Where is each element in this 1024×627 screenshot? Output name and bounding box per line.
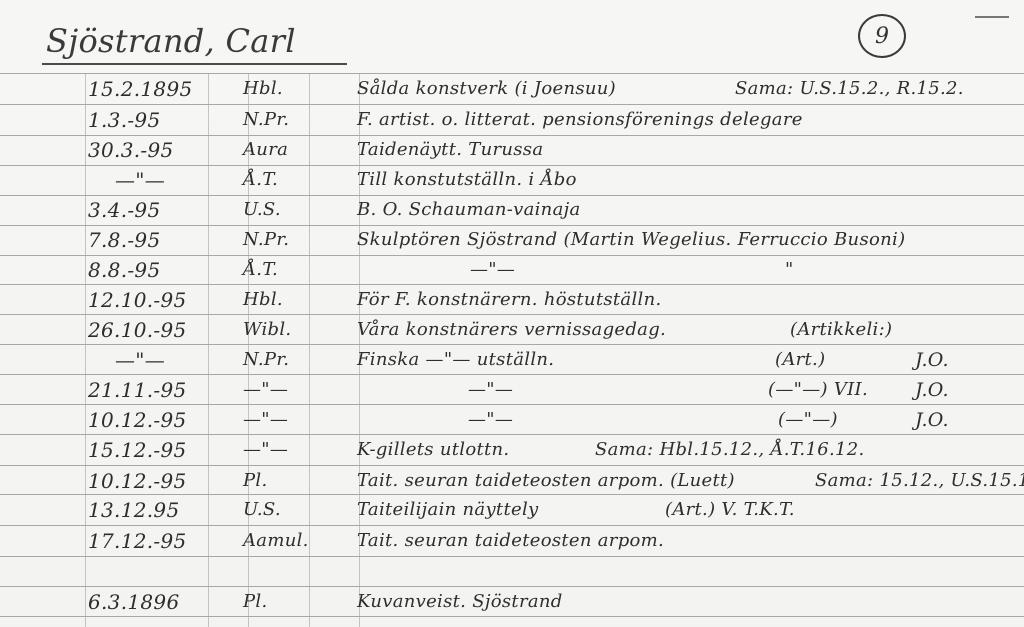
entry-extra: Sama: Hbl.15.12., Å.T.16.12. <box>595 439 865 460</box>
entry-source: U.S. <box>243 499 313 520</box>
entry-date: 12.10.-95 <box>88 288 208 312</box>
rule-line <box>0 586 1024 587</box>
entry-row: 10.12.-95 Pl. Tait. seuran taideteosten … <box>0 467 1024 497</box>
card-title: Sjöstrand, Carl <box>46 22 296 60</box>
entry-date: 30.3.-95 <box>88 138 208 162</box>
entry-description: Våra konstnärers vernissagedag. <box>357 319 666 340</box>
entry-extra: " <box>785 259 794 280</box>
archive-index-card: Sjöstrand, Carl 9 15.2.1895 Hbl. Sålda k… <box>0 0 1024 627</box>
entry-row: 8.8.-95 Å.T. —"— " <box>0 256 1024 286</box>
entry-description: K-gillets utlottn. <box>357 439 509 460</box>
rule-line <box>0 73 1024 74</box>
title-underline <box>42 63 347 65</box>
entry-date: 15.2.1895 <box>88 77 208 101</box>
entry-row: 15.12.-95 —"— K-gillets utlottn. Sama: H… <box>0 436 1024 466</box>
entry-extra: (Artikkeli:) <box>790 319 892 340</box>
entry-date: 6.3.1896 <box>88 590 208 614</box>
page-number-circle: 9 <box>858 14 906 58</box>
entry-description: Taiteilijain näyttely <box>357 499 538 520</box>
entry-date: —"— <box>115 168 235 192</box>
entry-source: Aamul. <box>243 530 313 551</box>
entry-row: 6.3.1896 Pl. Kuvanveist. Sjöstrand <box>0 588 1024 618</box>
entry-row: 17.12.-95 Aamul. Tait. seuran taideteost… <box>0 527 1024 557</box>
entry-source: N.Pr. <box>243 229 313 250</box>
entry-source: Hbl. <box>243 78 313 99</box>
entry-description: —"— <box>468 379 513 400</box>
entry-source: U.S. <box>243 199 313 220</box>
entry-row: 30.3.-95 Aura Taidenäytt. Turussa <box>0 136 1024 166</box>
entry-date: 15.12.-95 <box>88 438 208 462</box>
entry-date: 8.8.-95 <box>88 258 208 282</box>
entry-date: 10.12.-95 <box>88 408 208 432</box>
entry-description: Kuvanveist. Sjöstrand <box>357 591 563 612</box>
entry-date: 13.12.95 <box>88 498 208 522</box>
margin-mark <box>975 16 1009 18</box>
entry-extra: Sama: U.S.15.2., R.15.2. <box>735 78 964 99</box>
entry-description: Skulptören Sjöstrand (Martin Wegelius. F… <box>357 229 905 250</box>
entry-source: N.Pr. <box>243 109 313 130</box>
entry-source: —"— <box>243 439 313 460</box>
entry-extra: (—"—) VII. <box>768 379 868 400</box>
entry-description: B. O. Schauman-vainaja <box>357 199 581 220</box>
entry-description: Taidenäytt. Turussa <box>357 139 543 160</box>
page-number: 9 <box>875 24 889 49</box>
entry-row: —"— N.Pr. Finska —"— utställn. (Art.) J.… <box>0 346 1024 376</box>
entry-source: Hbl. <box>243 289 313 310</box>
entry-description: —"— <box>470 259 515 280</box>
entry-date: 1.3.-95 <box>88 108 208 132</box>
entry-date: 17.12.-95 <box>88 529 208 553</box>
entry-row: 3.4.-95 U.S. B. O. Schauman-vainaja <box>0 196 1024 226</box>
entry-date: 21.11.-95 <box>88 378 208 402</box>
entry-row: —"— Å.T. Till konstutställn. i Åbo <box>0 166 1024 196</box>
entry-date: 10.12.-95 <box>88 469 208 493</box>
entry-description: Tait. seuran taideteosten arpom. (Luett) <box>357 470 735 491</box>
entry-date: —"— <box>115 348 235 372</box>
entry-extra: (Art.) V. T.K.T. <box>665 499 795 520</box>
entry-source: N.Pr. <box>243 349 313 370</box>
entry-row: 1.3.-95 N.Pr. F. artist. o. litterat. pe… <box>0 106 1024 136</box>
entry-description: Finska —"— utställn. <box>357 349 554 370</box>
entry-source: Pl. <box>243 470 313 491</box>
entry-source: —"— <box>243 379 313 400</box>
entry-date: 7.8.-95 <box>88 228 208 252</box>
entry-initials: J.O. <box>915 349 949 371</box>
entry-description: F. artist. o. litterat. pensionsförening… <box>357 109 803 130</box>
entry-description: Sålda konstverk (i Joensuu) <box>357 78 616 99</box>
entry-source: Pl. <box>243 591 313 612</box>
entry-initials: J.O. <box>915 409 949 431</box>
entry-source: —"— <box>243 409 313 430</box>
entry-description: Tait. seuran taideteosten arpom. <box>357 530 664 551</box>
entry-source: Aura <box>243 139 313 160</box>
entry-extra: (—"—) <box>778 409 838 430</box>
entry-row: 10.12.-95 —"— —"— (—"—) J.O. <box>0 406 1024 436</box>
entry-extra: (Art.) <box>775 349 825 370</box>
entry-description: För F. konstnärern. höstutställn. <box>357 289 661 310</box>
entry-row: 12.10.-95 Hbl. För F. konstnärern. höstu… <box>0 286 1024 316</box>
entry-description: Till konstutställn. i Åbo <box>357 169 577 190</box>
entry-row: 26.10.-95 Wibl. Våra konstnärers verniss… <box>0 316 1024 346</box>
entry-row: 15.2.1895 Hbl. Sålda konstverk (i Joensu… <box>0 75 1024 105</box>
entry-date: 3.4.-95 <box>88 198 208 222</box>
entry-row: 7.8.-95 N.Pr. Skulptören Sjöstrand (Mart… <box>0 226 1024 256</box>
entry-source: Å.T. <box>243 169 313 190</box>
entry-source: Wibl. <box>243 319 313 340</box>
entry-source: Å.T. <box>243 259 313 280</box>
entry-extra: Sama: 15.12., U.S.15.12. <box>815 470 1024 491</box>
entry-initials: J.O. <box>915 379 949 401</box>
entry-row: 13.12.95 U.S. Taiteilijain näyttely (Art… <box>0 496 1024 526</box>
entry-date: 26.10.-95 <box>88 318 208 342</box>
entry-description: —"— <box>468 409 513 430</box>
entry-row: 21.11.-95 —"— —"— (—"—) VII. J.O. <box>0 376 1024 406</box>
